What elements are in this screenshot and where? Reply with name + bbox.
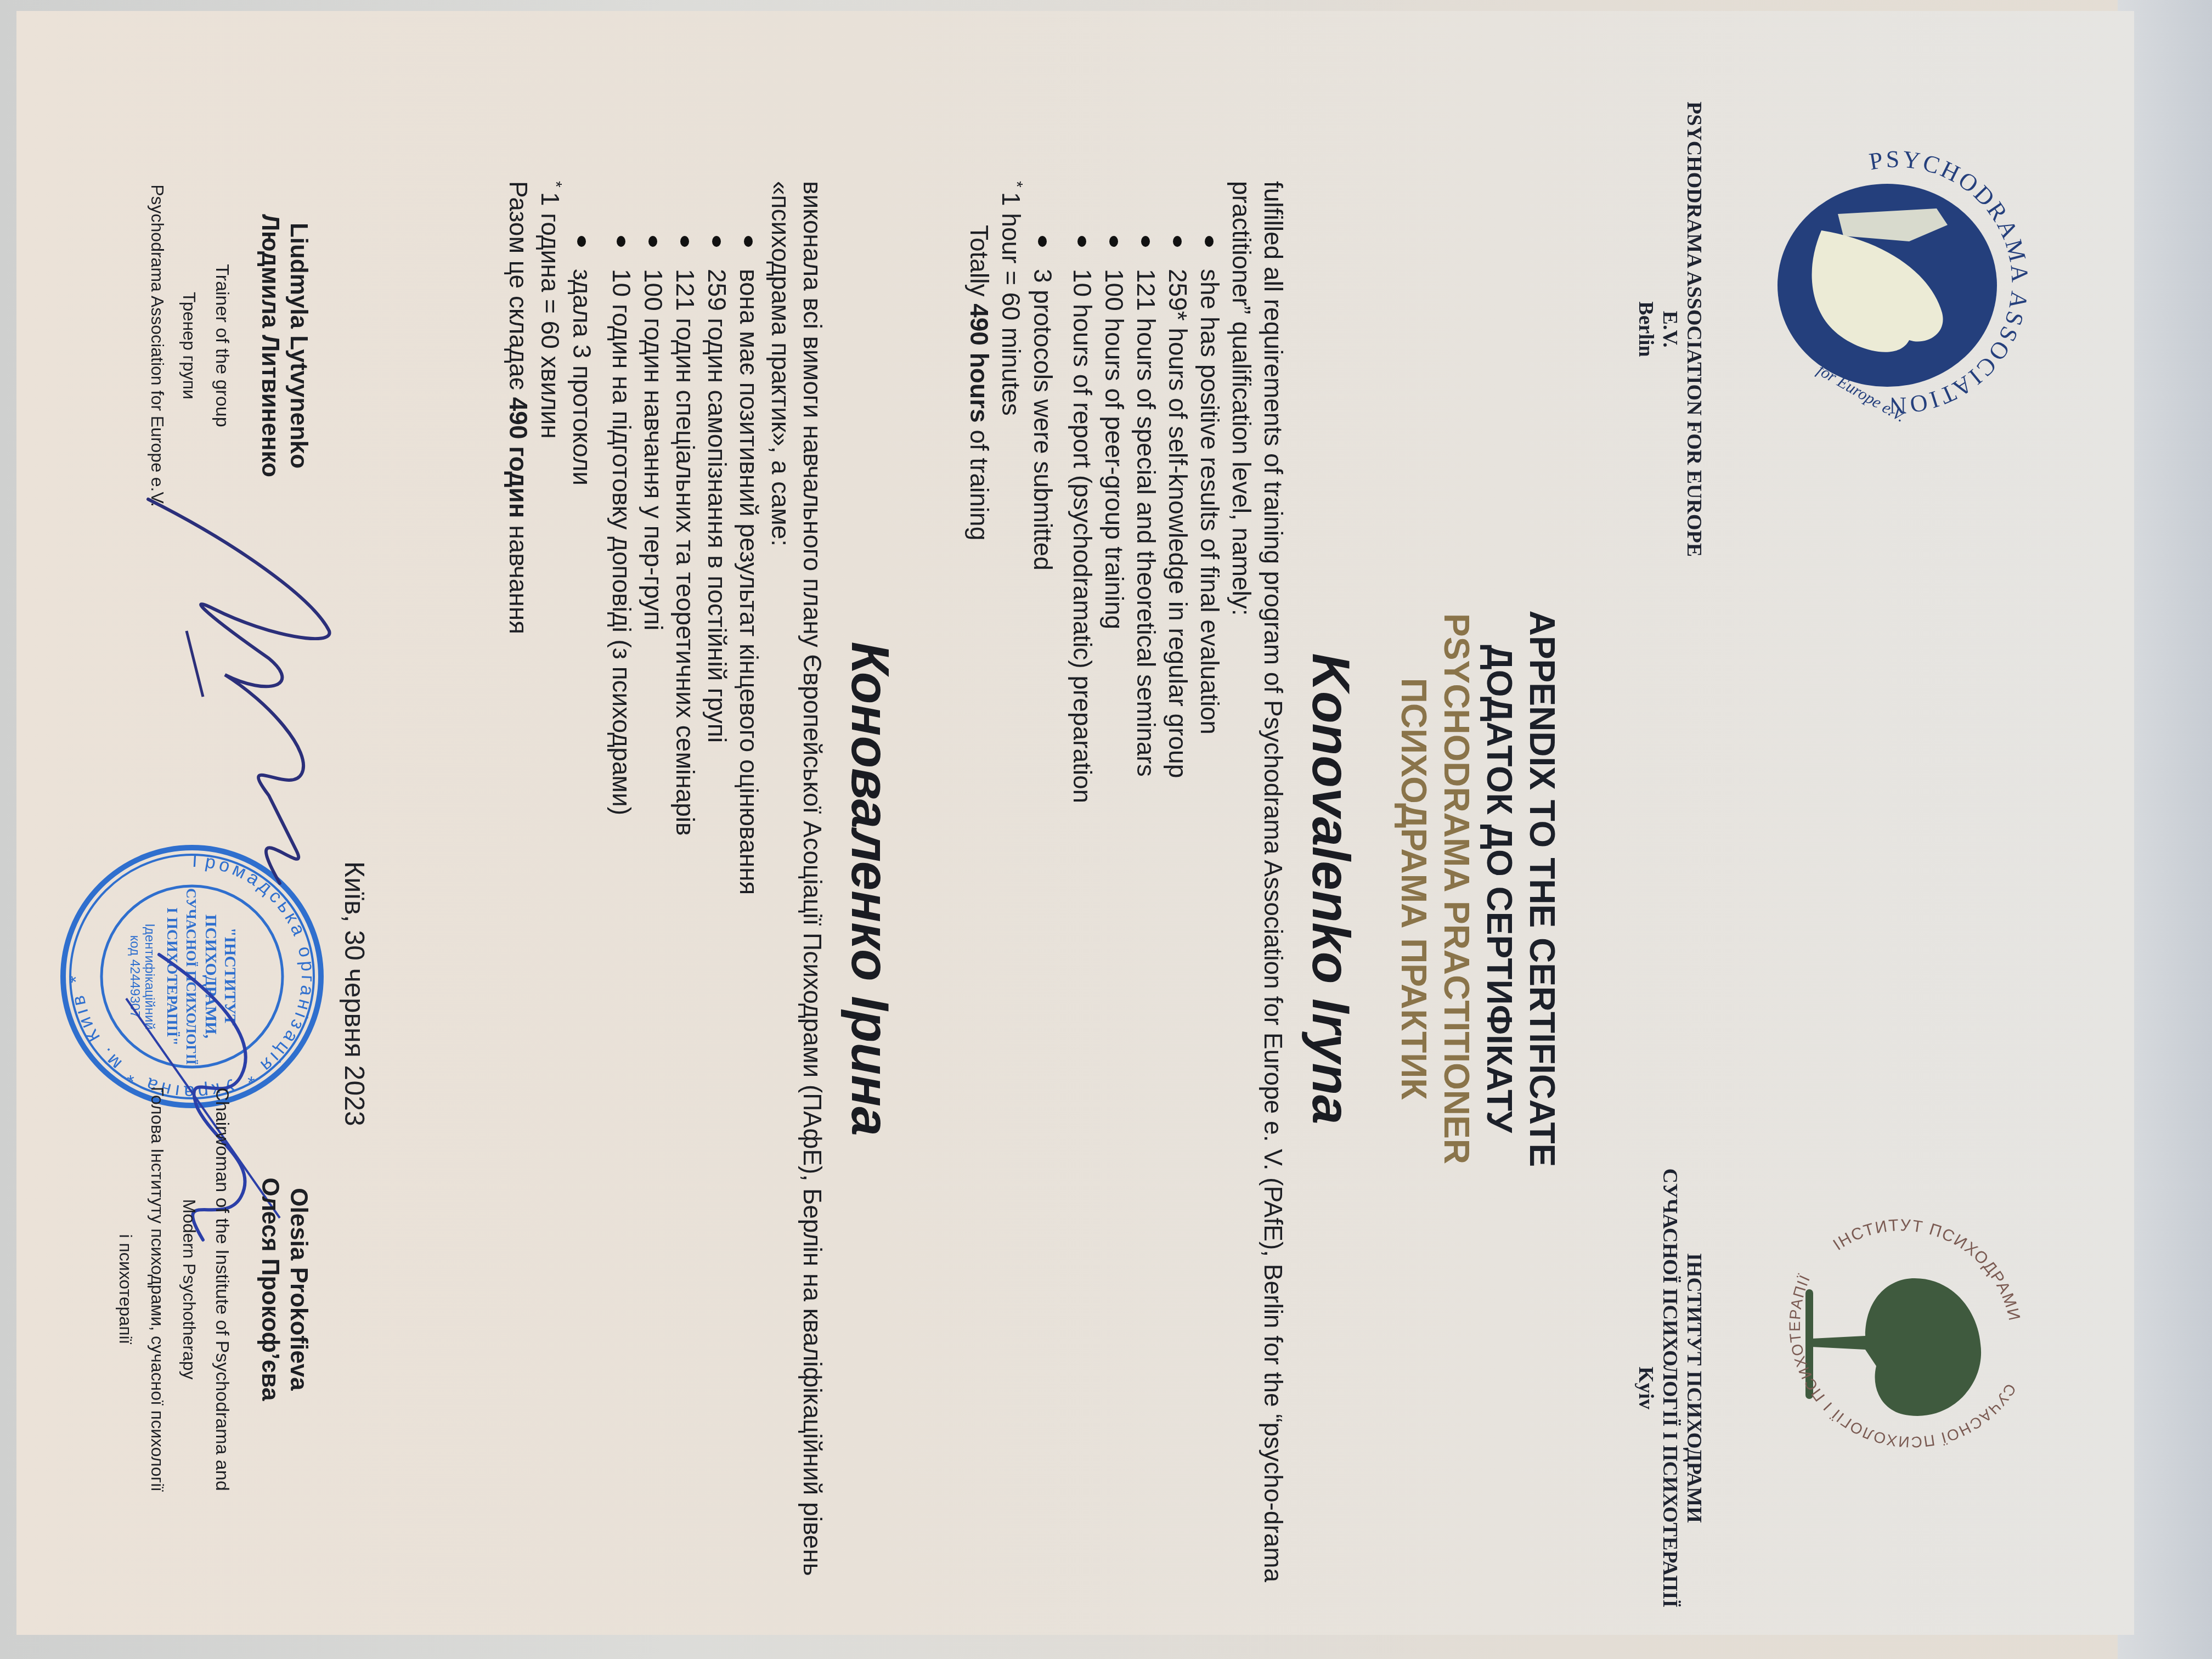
list-item: вона має позитивний результат кінцевого … bbox=[733, 236, 765, 1607]
title-english: APPENDIX TO THE CERTIFICATE bbox=[1521, 587, 1564, 1190]
signatory-role: Psychodrama Association for Europe e.V. bbox=[147, 71, 168, 620]
english-intro: fulfilled all requirements of training p… bbox=[1226, 181, 1289, 1607]
institute-tree-logo-icon: ІНСТИТУТ ПСИХОДРАМИ СУЧАСНОЇ ПСИХОЛОГІЇ … bbox=[1761, 1201, 2046, 1487]
ukrainian-requirements-list: вона має позитивний результат кінцевого … bbox=[566, 181, 765, 1607]
list-item: 3 protocols were submitted bbox=[1027, 236, 1059, 1607]
total-hours-value: 490 hours bbox=[965, 303, 994, 422]
list-item: she has positive results of final evalua… bbox=[1194, 236, 1226, 1607]
ukrainian-intro: виконала всі вимоги навчального плану Єв… bbox=[765, 181, 828, 1607]
signatory-name-ukrainian: Людмила Литвиненко bbox=[256, 71, 284, 620]
signatory-name-english: Liudmyla Lytvynenko bbox=[284, 71, 313, 620]
program-title-ukrainian: ПСИХОДРАМА ПРАКТИК bbox=[1392, 587, 1435, 1190]
institute-name-line1: ІНСТИТУТ ПСИХОДРАМИ bbox=[1682, 1141, 1706, 1635]
ukrainian-hour-note: 1 година = 60 хвилин bbox=[534, 181, 566, 1607]
list-item: 259* hours of self-knowledge in regular … bbox=[1162, 236, 1194, 1607]
recipient-name-ukrainian: Коноваленко Ірина bbox=[839, 450, 900, 1328]
english-requirements-section: fulfilled all requirements of training p… bbox=[963, 181, 1289, 1607]
signatory-role: Голова Інституту психодрами, сучасної пс… bbox=[147, 1015, 168, 1564]
list-item: 10 hours of report (psychodramatic) prep… bbox=[1066, 236, 1098, 1607]
english-hour-note: 1 hour = 60 minutes bbox=[995, 181, 1027, 1607]
list-item: здала 3 протоколи bbox=[566, 236, 598, 1607]
document-title: APPENDIX TO THE CERTIFICATE ДОДАТОК ДО С… bbox=[1392, 587, 1564, 1190]
english-requirements-list: she has positive results of final evalua… bbox=[1027, 181, 1226, 1607]
association-name: PSYCHODRAMA ASSOCIATION FOR EUROPE E.V. bbox=[1658, 82, 1706, 576]
list-item: 10 годин на підготовку доповіді (з психо… bbox=[606, 236, 637, 1607]
signatory-role: Trainer of the group bbox=[211, 71, 234, 620]
program-title-english: PSYCHODRAMA PRACTITIONER bbox=[1435, 587, 1478, 1190]
list-item: 100 hours of peer-group training bbox=[1098, 236, 1130, 1607]
signatory-role: і психотерапії bbox=[115, 1015, 136, 1564]
signatory-name-english: Olesia Prokofieva bbox=[284, 1015, 313, 1564]
signatory-chairwoman: Olesia Prokofieva Олеся Прокоф’єва Chair… bbox=[115, 1015, 313, 1564]
signatory-role: Modern Psychotherapy bbox=[179, 1015, 200, 1564]
institute-city: Kyiv bbox=[1634, 1141, 1658, 1635]
institute-name-line2: СУЧАСНОЇ ПСИХОЛОГІЇ І ПСИХОТЕРАПІЇ bbox=[1658, 1141, 1682, 1635]
ukrainian-requirements-section: виконала всі вимоги навчального плану Єв… bbox=[503, 181, 828, 1607]
association-city: Berlin bbox=[1634, 82, 1658, 576]
signatory-trainer: Liudmyla Lytvynenko Людмила Литвиненко T… bbox=[147, 71, 313, 620]
signatory-name-ukrainian: Олеся Прокоф’єва bbox=[256, 1015, 284, 1564]
institute-header: ІНСТИТУТ ПСИХОДРАМИ СУЧАСНОЇ ПСИХОЛОГІЇ … bbox=[1634, 1141, 1706, 1635]
english-total-hours: Totally 490 hours of training bbox=[963, 181, 995, 1607]
signatory-role: Тренер групи bbox=[179, 71, 200, 620]
list-item: 121 hours of special and theoretical sem… bbox=[1130, 236, 1162, 1607]
ukrainian-total-hours: Разом це складає 490 годин навчання bbox=[503, 181, 534, 1607]
list-item: 100 годин навчання у пер-групі bbox=[637, 236, 669, 1607]
association-header: PSYCHODRAMA ASSOCIATION FOR EUROPE E.V. … bbox=[1634, 82, 1706, 576]
total-hours-value: 490 годин bbox=[504, 397, 533, 518]
list-item: 259 годин самопізнання в постійній групі bbox=[701, 236, 733, 1607]
title-ukrainian: ДОДАТОК ДО СЕРТИФІКАТУ bbox=[1478, 587, 1521, 1190]
certificate-appendix-page: PSYCHODRAMA ASSOCIATION for Europe e.V. … bbox=[16, 11, 2134, 1635]
list-item: 121 годин спеціальних та теоретичних сем… bbox=[669, 236, 701, 1607]
psychodrama-association-logo-icon: PSYCHODRAMA ASSOCIATION for Europe e.V. bbox=[1745, 132, 2052, 439]
signatory-role: Chairwoman of the Institute of Psychodra… bbox=[211, 1015, 234, 1564]
recipient-name-english: Konovalenko Iryna bbox=[1300, 450, 1361, 1328]
